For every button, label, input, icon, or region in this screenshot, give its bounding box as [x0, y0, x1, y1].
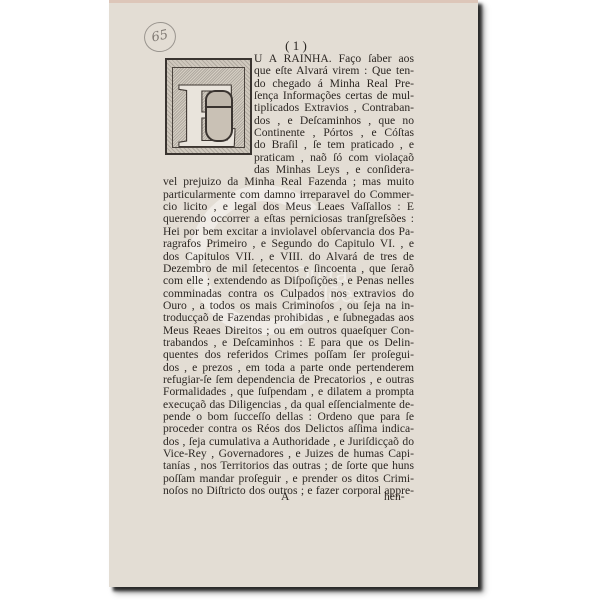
text-line: proceder contra os Réos dos Delictos aſſ… — [163, 423, 414, 435]
signature-mark: A — [281, 490, 289, 503]
document-page: 65 ( 1 ) E Dutra Leilões U A RAINHA. Faç… — [109, 0, 478, 587]
text-line: que eſte Alvará virem : Que ten- — [254, 65, 414, 77]
page-edge-stain — [109, 0, 478, 3]
pencil-page-number: 65 — [141, 19, 179, 55]
text-line: tiplicados Extravios , Contraban- — [254, 102, 414, 114]
text-line: troducçaõ de Fazendas prohibidas , e ſub… — [163, 312, 414, 324]
body-text: U A RAINHA. Faço ſaber aos que eſte Alva… — [163, 53, 414, 497]
text-line: com elle ; extendendo as Diſpoſições , e… — [163, 275, 414, 287]
text-line: do Braſil , ſe tem praticado , e — [254, 139, 414, 151]
text-line: tanías , nos Territorios das outras ; de… — [163, 460, 414, 472]
text-line: vel prejuizo da Minha Real Fazenda ; mas… — [163, 176, 414, 188]
text-line: dos Capitulos VII. , e VIII. do Alvará d… — [163, 251, 414, 263]
text-line: quentes dos referidos Crimes poſſam ſer … — [163, 349, 414, 361]
text-line: ragrafos Primeiro , e Segundo do Capitul… — [163, 238, 414, 250]
text-line: Formalidades , que ſuſpendam , e dilatem… — [163, 386, 414, 398]
text-line: querendo occorrer a eſtas perniciosas tr… — [163, 213, 414, 225]
catchword: hen- — [384, 490, 405, 503]
